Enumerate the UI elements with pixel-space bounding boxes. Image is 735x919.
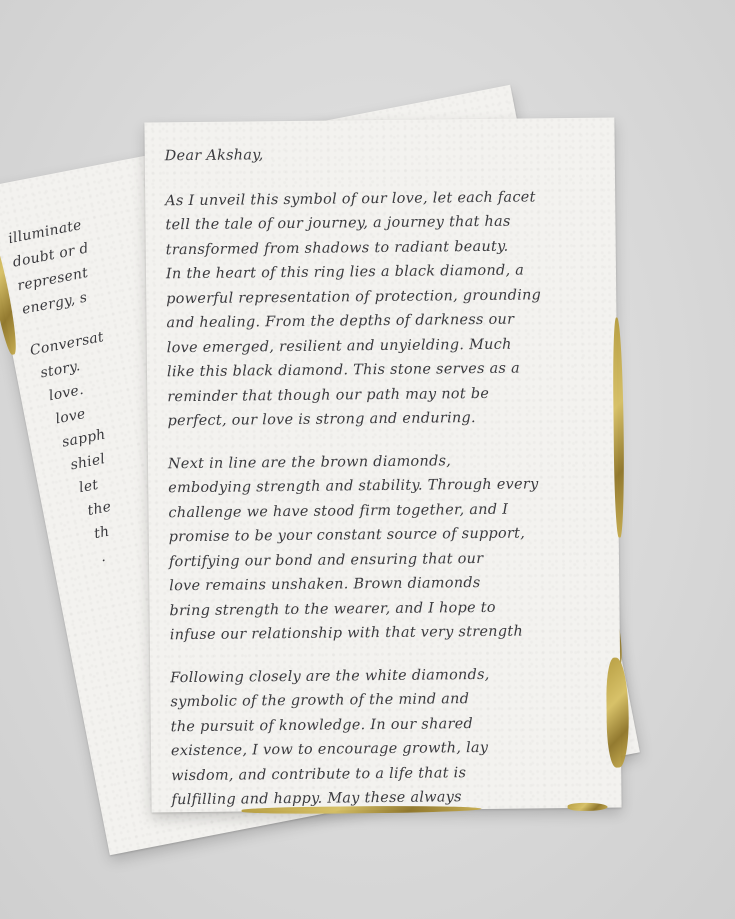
- letter-greeting: Dear Akshay,: [165, 140, 601, 169]
- back-letter-left-text: illuminate doubt or d represent energy, …: [6, 213, 149, 575]
- gold-leaf-edge: [606, 657, 629, 767]
- letter-body: Dear Akshay, As I unveil this symbol of …: [165, 140, 608, 831]
- front-letter-sheet: Dear Akshay, As I unveil this symbol of …: [144, 118, 621, 813]
- paragraph-black-diamond: As I unveil this symbol of our love, let…: [165, 184, 604, 434]
- text-line: powerful representation of protection, g…: [166, 282, 602, 311]
- paragraph-brown-diamonds: Next in line are the brown diamonds, emb…: [168, 447, 606, 648]
- text-line: infuse our relationship with that very s…: [170, 619, 606, 648]
- paragraph-white-diamonds: Following closely are the white diamonds…: [170, 661, 608, 813]
- text-line: fulfilling and happy. May these always: [171, 784, 607, 813]
- gold-leaf-edge: [612, 317, 624, 537]
- text-line: perfect, our love is strong and enduring…: [167, 405, 603, 434]
